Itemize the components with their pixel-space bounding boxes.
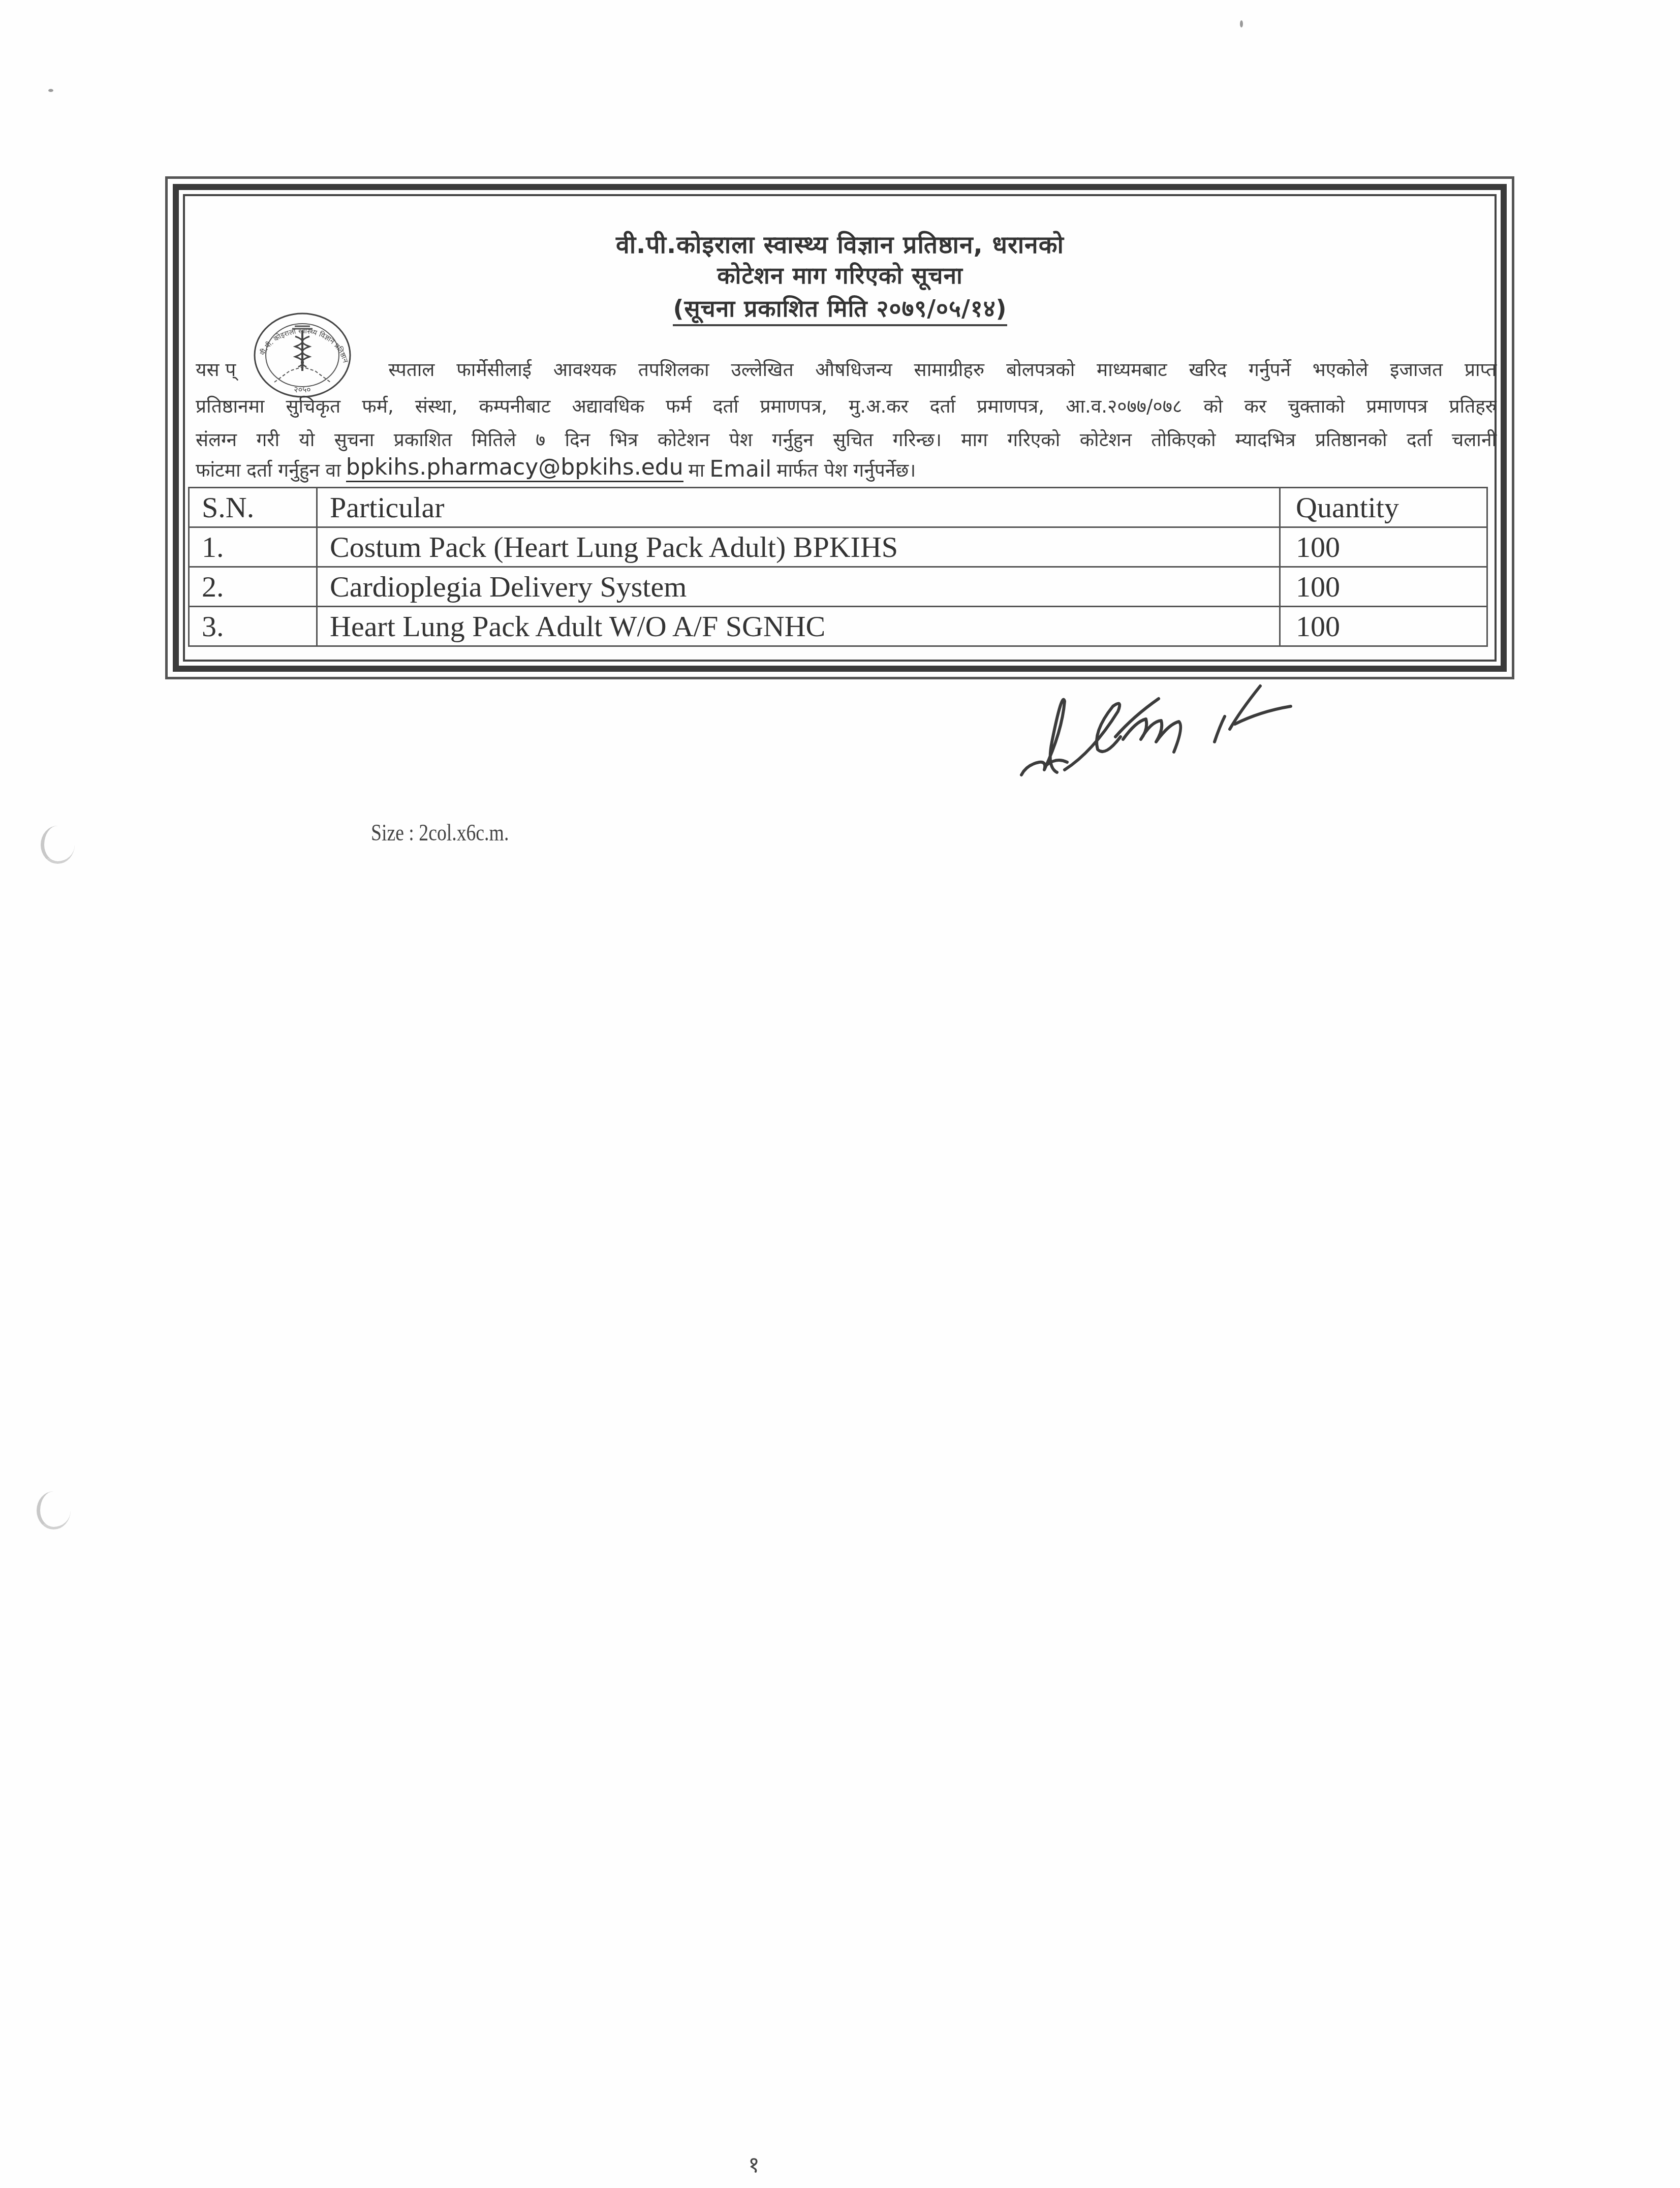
quotation-items-table: S.N. Particular Quantity 1. Costum Pack … xyxy=(188,487,1488,647)
scan-speck xyxy=(48,89,53,92)
header-quantity: Quantity xyxy=(1280,488,1487,527)
pharmacy-email-link[interactable]: bpkihs.pharmacy@bpkihs.edu xyxy=(346,456,683,482)
ad-size-note: Size : 2col.x6c.m. xyxy=(371,819,509,846)
row-sn: 2. xyxy=(189,567,317,607)
body-email-word: Email xyxy=(709,456,771,482)
notice-body-line-4: फांटमा दर्ता गर्नुहुन वा bpkihs.pharmacy… xyxy=(196,456,1497,482)
publication-date-text: (सूचना प्रकाशित मिति २०७९/०५/१४) xyxy=(673,295,1007,326)
row-quantity: 100 xyxy=(1280,527,1487,567)
body-line-4-end: मार्फत पेश गर्नुपर्नेछ। xyxy=(776,456,916,482)
row-sn: 3. xyxy=(189,607,317,646)
row-particular: Cardioplegia Delivery System xyxy=(317,567,1280,607)
page-number: १ xyxy=(748,2148,760,2179)
body-line-2: प्रतिष्ठानमा सुचिकृत फर्म, संस्था, कम्पन… xyxy=(196,392,1497,418)
notice-heading: कोटेशन माग गरिएको सूचना xyxy=(0,259,1680,291)
body-line-3: संलग्न गरी यो सुचना प्रकाशित मितिले ७ दि… xyxy=(196,426,1497,452)
row-sn: 1. xyxy=(189,527,317,567)
handwritten-signature-icon xyxy=(1016,681,1311,783)
row-particular: Heart Lung Pack Adult W/O A/F SGNHC xyxy=(317,607,1280,646)
table-row: 2. Cardioplegia Delivery System 100 xyxy=(189,567,1487,607)
table-row: 3. Heart Lung Pack Adult W/O A/F SGNHC 1… xyxy=(189,607,1487,646)
punch-hole-mark xyxy=(37,1491,71,1529)
notice-body-line-1: यस प् स्पताल फार्मेसीलाई आवश्यक तपशिलका … xyxy=(196,356,1497,382)
table-row: 1. Costum Pack (Heart Lung Pack Adult) B… xyxy=(189,527,1487,567)
row-quantity: 100 xyxy=(1280,567,1487,607)
row-particular: Costum Pack (Heart Lung Pack Adult) BPKI… xyxy=(317,527,1280,567)
notice-body-line-2: प्रतिष्ठानमा सुचिकृत फर्म, संस्था, कम्पन… xyxy=(196,392,1497,418)
table-header-row: S.N. Particular Quantity xyxy=(189,488,1487,527)
body-line-1-rest: स्पताल फार्मेसीलाई आवश्यक तपशिलका उल्लेख… xyxy=(388,356,1497,382)
row-quantity: 100 xyxy=(1280,607,1487,646)
body-line-4-ma: मा xyxy=(689,456,705,482)
scan-speck xyxy=(1240,20,1243,27)
header-sn: S.N. xyxy=(189,488,317,527)
punch-hole-mark xyxy=(41,826,75,864)
body-line-4-start: फांटमा दर्ता गर्नुहुन वा xyxy=(196,456,341,482)
header-particular: Particular xyxy=(317,488,1280,527)
institution-title: वी.पी.कोइराला स्वास्थ्य विज्ञान प्रतिष्ठ… xyxy=(0,228,1680,261)
body-line-1-start: यस प् xyxy=(196,356,236,382)
notice-body-line-3: संलग्न गरी यो सुचना प्रकाशित मितिले ७ दि… xyxy=(196,426,1497,452)
